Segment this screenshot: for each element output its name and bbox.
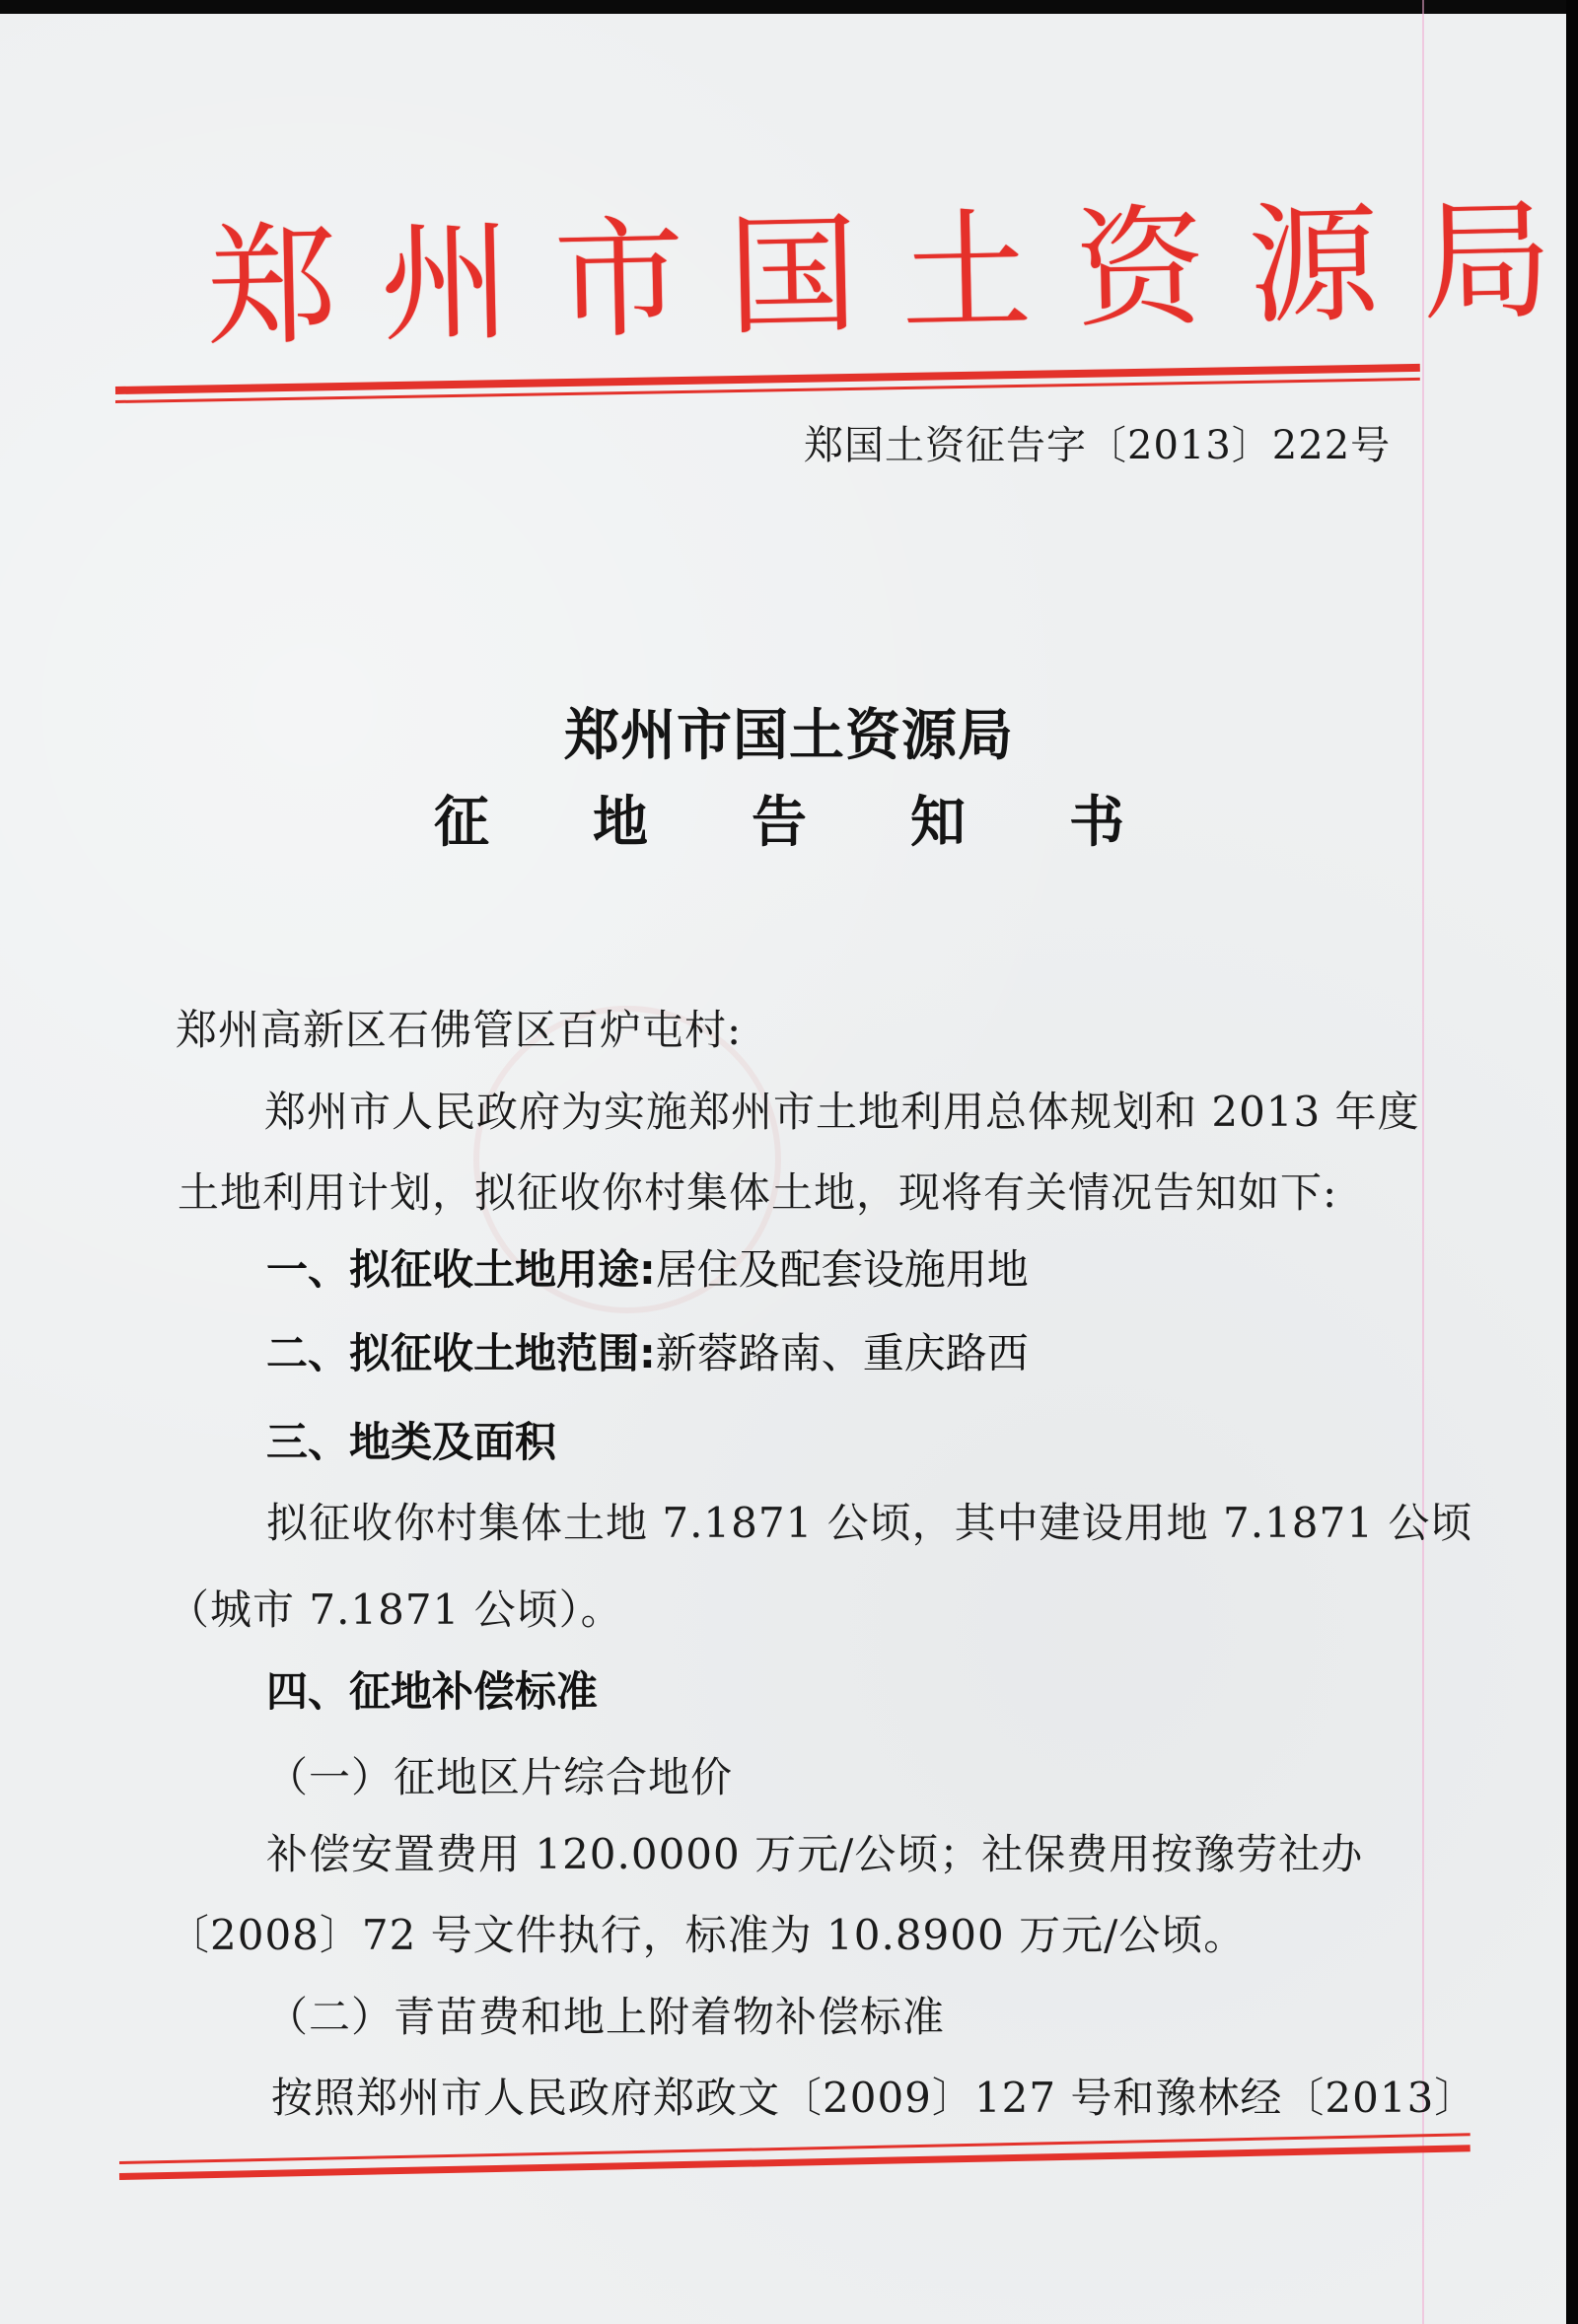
section-4-heading: 四、征地补偿标准 — [266, 1659, 598, 1719]
section-2: 二、拟征收土地范围:新蓉路南、重庆路西 — [266, 1321, 1029, 1380]
title-char: 告 — [752, 779, 807, 858]
title-char: 地 — [593, 779, 648, 858]
subsection-2-text: 按照郑州市人民政府郑政文〔2009〕127 号和豫林经〔2013〕 — [271, 2066, 1476, 2125]
area-text-line: 拟征收你村集体土地 7.1871 公顷，其中建设用地 7.1871 公顷 — [266, 1491, 1472, 1550]
letterhead-org-name: 郑州市国土资源局 — [205, 192, 1313, 363]
subsection-1-heading: （一）征地区片综合地价 — [266, 1745, 733, 1804]
section-3-heading: 三、地类及面积 — [266, 1410, 556, 1469]
document-title-org: 郑州市国土资源局 — [0, 692, 1578, 771]
section-2-heading: 二、拟征收土地范围: — [266, 1329, 656, 1377]
intro-line: 郑州市人民政府为实施郑州市土地利用总体规划和 2013 年度 — [264, 1080, 1420, 1139]
margin-line — [1422, 0, 1424, 2324]
section-2-value: 新蓉路南、重庆路西 — [656, 1329, 1029, 1377]
title-char: 征 — [434, 779, 489, 858]
subsection-2-heading: （二）青苗费和地上附着物补偿标准 — [266, 1985, 945, 2044]
title-char: 书 — [1069, 779, 1124, 858]
scan-edge — [1566, 0, 1578, 2324]
document-number: 郑国土资征告字〔2013〕222号 — [804, 414, 1391, 470]
section-1: 一、拟征收土地用途:居住及配套设施用地 — [266, 1237, 1029, 1297]
section-1-value: 居住及配套设施用地 — [656, 1245, 1029, 1294]
document-title-notice: 征 地 告 知 书 — [434, 779, 1124, 858]
title-char: 知 — [910, 779, 966, 858]
subsection-1-text: 〔2008〕72 号文件执行，标准为 10.8900 万元/公顷。 — [168, 1903, 1246, 1962]
subsection-1-text: 补偿安置费用 120.0000 万元/公顷；社保费用按豫劳社办 — [266, 1822, 1363, 1881]
section-1-heading: 一、拟征收土地用途: — [266, 1245, 656, 1294]
intro-line: 土地利用计划，拟征收你村集体土地，现将有关情况告知如下: — [178, 1161, 1337, 1220]
addressee: 郑州高新区石佛管区百炉屯村: — [176, 998, 742, 1057]
area-text-line: （城市 7.1871 公顷）。 — [168, 1578, 623, 1637]
